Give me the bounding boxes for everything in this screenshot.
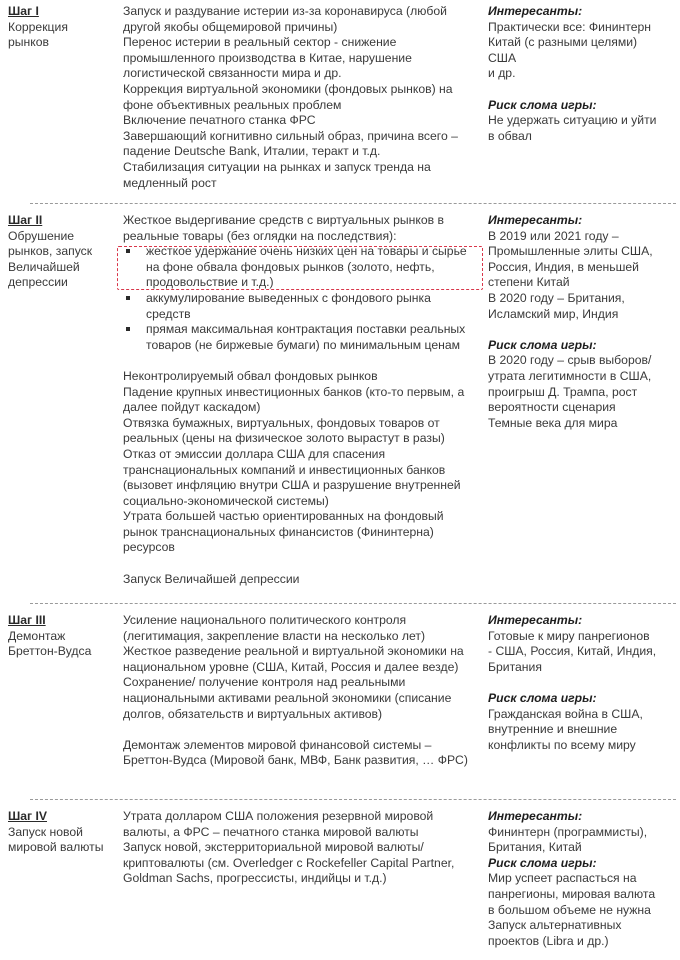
step-2-name: Обрушениерынков, запускВеличайшейдепресс… <box>8 229 118 291</box>
text-line: рынков <box>8 35 118 51</box>
risk-list: Мир успеет распасться напанрегионы, миро… <box>488 871 678 949</box>
step-4-title: Шаг IV <box>8 809 118 825</box>
risk-heading: Риск слома игры: <box>488 98 678 114</box>
step-2-title: Шаг II <box>8 213 118 229</box>
text-line: Усиление национального политического кон… <box>123 613 483 629</box>
text-line: В 2019 или 2021 году – <box>488 229 678 245</box>
text-line: и др. <box>488 66 678 82</box>
step-4-label-column: Шаг IV Запуск новоймировой валюты <box>8 809 118 856</box>
text-line: Жесткое разведение реальной и виртуально… <box>123 644 483 660</box>
text-line: Утрата долларом США положения резервной … <box>123 809 483 825</box>
text-line: Не удержать ситуацию и уйти <box>488 113 678 129</box>
step-3-title: Шаг III <box>8 613 118 629</box>
bullet-item: прямая максимальная контрактация поставк… <box>123 322 483 353</box>
text-line: реальные товары (без оглядки на последст… <box>123 229 483 245</box>
step-1-description: Запуск и раздувание истерии из-за корона… <box>123 4 483 191</box>
step-2-stakeholders: Интересанты: В 2019 или 2021 году –Промы… <box>488 213 678 431</box>
interested-heading: Интересанты: <box>488 213 678 229</box>
text-line: В 2020 году – срыв выборов/ <box>488 353 678 369</box>
text-line: Исламский мир, Индия <box>488 307 678 323</box>
text-line: Бреттон-Вудса (Мировой банк, МВФ, Банк р… <box>123 753 483 769</box>
square-bullet-icon <box>126 327 130 331</box>
text-line: криптовалюты (см. Overledger с Rockefell… <box>123 856 483 872</box>
text-line: валюты, а ФРС – печатного станка мировой… <box>123 825 483 841</box>
interested-list: Фининтерн (программисты),Британия, Китай <box>488 825 678 856</box>
text-line: логистической связанности мира и др. <box>123 66 483 82</box>
text-line: Коррекция виртуальной экономики (фондовы… <box>123 82 483 98</box>
interested-list: Практически все: ФининтернКитай (с разны… <box>488 20 678 82</box>
text-line: рынок транснациональных финансистов (Фин… <box>123 525 483 541</box>
text-line: Запуск и раздувание истерии из-за корона… <box>123 4 483 20</box>
text-line: медленный рост <box>123 176 483 192</box>
text-line: Запуск новой, экстерриториальной мировой… <box>123 840 483 856</box>
text-line: промышленного производства в Китае, нару… <box>123 51 483 67</box>
text-line: Промышленные элиты США, <box>488 244 678 260</box>
step-2-intro: Жесткое выдергивание средств с виртуальн… <box>123 213 483 244</box>
text-line: в большом объеме не нужна <box>488 903 678 919</box>
text-line: падение Deutsche Bank, Италии, теракт и … <box>123 144 483 160</box>
step-4-name: Запуск новоймировой валюты <box>8 825 118 856</box>
text-line: Россия, Индия, в меньшей <box>488 260 678 276</box>
text-line: проектов (Libra и др.) <box>488 934 678 950</box>
risk-list: В 2020 году – срыв выборов/утрата легити… <box>488 353 678 431</box>
interested-heading: Интересанты: <box>488 809 678 825</box>
text-line: мировой валюты <box>8 840 118 856</box>
text-line: Жесткое выдергивание средств с виртуальн… <box>123 213 483 229</box>
risk-heading: Риск слома игры: <box>488 338 678 354</box>
step-3-name: ДемонтажБреттон-Вудса <box>8 629 118 660</box>
step-3-description: Усиление национального политического кон… <box>123 613 483 769</box>
text-line: Стабилизация ситуации на рынках и запуск… <box>123 160 483 176</box>
text-line: Мир успеет распасться на <box>488 871 678 887</box>
text-line: - США, Россия, Китай, Индия, <box>488 644 678 660</box>
step-4-description: Утрата долларом США положения резервной … <box>123 809 483 887</box>
text-line: Демонтаж <box>8 629 118 645</box>
step-2-details: Неконтролируемый обвал фондовых рынковПа… <box>123 369 483 556</box>
text-line: Готовые к миру панрегионов <box>488 629 678 645</box>
text-line: Китай (с разными целями) <box>488 35 678 51</box>
bullet-item: аккумулирование выведенных с фондового р… <box>123 291 483 322</box>
step-separator <box>30 603 676 604</box>
text-line: степени Китай <box>488 275 678 291</box>
text-line: рынков, запуск <box>8 244 118 260</box>
risk-list: Гражданская война в США,внутренние и вне… <box>488 707 678 754</box>
text-line: Гражданская война в США, <box>488 707 678 723</box>
text-line: утрата легитимности в США, <box>488 369 678 385</box>
text-line: Запуск новой <box>8 825 118 841</box>
square-bullet-icon <box>126 296 130 300</box>
risk-heading: Риск слома игры: <box>488 691 678 707</box>
step-3-details: Усиление национального политического кон… <box>123 613 483 722</box>
text-line: другой якобы общемировой причины) <box>123 20 483 36</box>
step-3-label-column: Шаг III ДемонтажБреттон-Вудса <box>8 613 118 660</box>
text-line: Фининтерн (программисты), <box>488 825 678 841</box>
text-line: Бреттон-Вудса <box>8 644 118 660</box>
text-line: средств <box>146 307 483 323</box>
text-line: Британия <box>488 660 678 676</box>
text-line: Британия, Китай <box>488 840 678 856</box>
text-line: Запуск альтернативных <box>488 918 678 934</box>
text-line: Падение крупных инвестиционных банков (к… <box>123 385 483 401</box>
text-line: Неконтролируемый обвал фондовых рынков <box>123 369 483 385</box>
text-line: Завершающий когнитивно сильный образ, пр… <box>123 129 483 145</box>
text-line: Отказ от эмиссии доллара США для спасени… <box>123 447 483 463</box>
text-line: ресурсов <box>123 540 483 556</box>
interested-heading: Интересанты: <box>488 613 678 629</box>
text-line: Практически все: Фининтерн <box>488 20 678 36</box>
step-1-stakeholders: Интересанты: Практически все: ФининтернК… <box>488 4 678 144</box>
step-separator <box>30 799 676 800</box>
risk-list: Не удержать ситуацию и уйтив обвал <box>488 113 678 144</box>
interested-list: В 2019 или 2021 году –Промышленные элиты… <box>488 229 678 323</box>
text-line: в обвал <box>488 129 678 145</box>
risk-heading: Риск слома игры: <box>488 856 678 872</box>
text-line: долгов, обязательств и виртуальных актив… <box>123 707 483 723</box>
text-line: далее пойдут каскадом) <box>123 400 483 416</box>
text-line: проигрыш Д. Трампа, рост <box>488 385 678 401</box>
step-3-stakeholders: Интересанты: Готовые к миру панрегионов-… <box>488 613 678 753</box>
text-line: Обрушение <box>8 229 118 245</box>
step-1-title: Шаг I <box>8 4 118 20</box>
text-line: Goldman Sachs, прогрессисты, индийцы и т… <box>123 871 483 887</box>
text-line: прямая максимальная контрактация поставк… <box>146 322 483 338</box>
step-1-name: Коррекциярынков <box>8 20 118 51</box>
step-3-details-2: Демонтаж элементов мировой финансовой си… <box>123 738 483 769</box>
text-line: Величайшей <box>8 260 118 276</box>
text-line: Отвязка бумажных, виртуальных, фондовых … <box>123 416 483 432</box>
text-line: национальном уровне (США, Китай, Россия … <box>123 660 483 676</box>
text-line: Перенос истерии в реальный сектор - сниж… <box>123 35 483 51</box>
step-separator <box>30 203 676 204</box>
text-line: Утрата большей частью ориентированных на… <box>123 509 483 525</box>
interested-heading: Интересанты: <box>488 4 678 20</box>
text-line: (вызовет инфляцию внутри США и разрушени… <box>123 478 483 494</box>
text-line: конфликты по всему миру <box>488 738 678 754</box>
text-line: Демонтаж элементов мировой финансовой си… <box>123 738 483 754</box>
text-line: В 2020 году – Британия, <box>488 291 678 307</box>
step-2-label-column: Шаг II Обрушениерынков, запускВеличайшей… <box>8 213 118 291</box>
text-line: Темные века для мира <box>488 416 678 432</box>
text-line: реальных (цены на физическое золото выра… <box>123 431 483 447</box>
text-line: Включение печатного станка ФРС <box>123 113 483 129</box>
step-1-label-column: Шаг I Коррекциярынков <box>8 4 118 51</box>
text-line: вероятности сценария <box>488 400 678 416</box>
text-line: транснациональных компаний и инвестицион… <box>123 463 483 479</box>
text-line: Коррекция <box>8 20 118 36</box>
text-line: депрессии <box>8 275 118 291</box>
text-line: США <box>488 51 678 67</box>
text-line: Сохранение/ получение контроля над реаль… <box>123 675 483 691</box>
text-line: товаров (не биржевые бумаги) по минималь… <box>146 338 483 354</box>
interested-list: Готовые к миру панрегионов- США, Россия,… <box>488 629 678 676</box>
text-line: социально-экономической системы) <box>123 494 483 510</box>
text-line: аккумулирование выведенных с фондового р… <box>146 291 483 307</box>
step-4-stakeholders: Интересанты: Фининтерн (программисты),Бр… <box>488 809 678 949</box>
text-line: внутренние и внешние <box>488 722 678 738</box>
step-2-conclusion: Запуск Величайшей депрессии <box>123 572 483 588</box>
text-line: (легитимация, закрепление власти на неск… <box>123 629 483 645</box>
text-line: панрегионы, мировая валюта <box>488 887 678 903</box>
text-line: национальными активами реальной экономик… <box>123 691 483 707</box>
highlight-annotation-box <box>117 246 483 290</box>
text-line: фоне объективных реальных проблем <box>123 98 483 114</box>
